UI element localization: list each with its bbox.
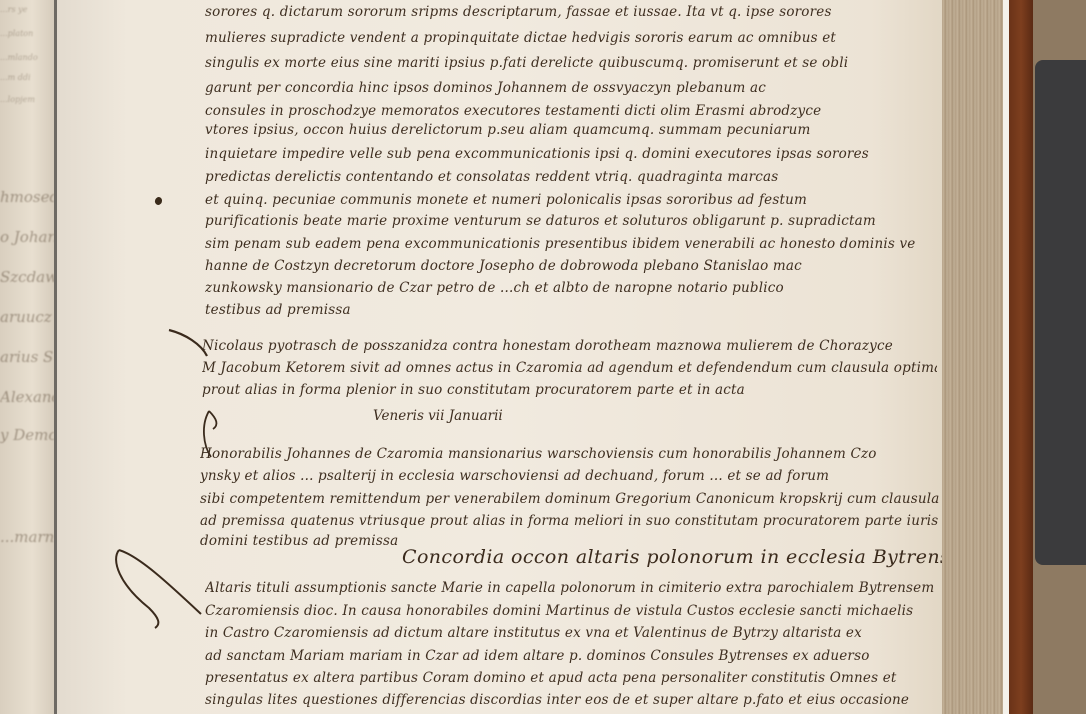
text-line: purificationis beate marie proxime ventu… xyxy=(205,213,935,229)
left-page-fragment: ...mlando xyxy=(0,52,54,63)
text-line: vtores ipsius, occon huius derelictorum … xyxy=(205,122,935,138)
text-line: garunt per concordia hinc ipsos dominos … xyxy=(205,80,935,96)
text-line: hanne de Costzyn decretorum doctore Jose… xyxy=(205,258,935,274)
text-line: Altaris tituli assumptionis sancte Marie… xyxy=(205,580,940,596)
left-page-fragment: ...rs ye xyxy=(0,4,54,15)
text-line: inquietare impedire velle sub pena excom… xyxy=(205,146,935,162)
text-line: mulieres supradicte vendent a propinquit… xyxy=(205,30,935,46)
large-initial-flourish xyxy=(109,544,219,634)
text-line: singulis ex morte eius sine mariti ipsiu… xyxy=(205,55,935,71)
left-page-fragment: ...platon xyxy=(0,28,54,39)
text-line: ad premissa quatenus vtriusque prout ali… xyxy=(200,513,940,529)
text-line: Nicolaus pyotrasch de posszanidza contra… xyxy=(202,338,937,354)
left-page-fragment: arius Sa xyxy=(0,346,54,368)
text-line: M Jacobum Ketorem sivit ad omnes actus i… xyxy=(202,360,937,376)
leather-binding xyxy=(1009,0,1033,714)
text-line: prout alias in forma plenior in suo cons… xyxy=(202,382,937,398)
text-line: in Castro Czaromiensis ad dictum altare … xyxy=(205,625,940,641)
text-line: sorores q. dictarum sororum sripms descr… xyxy=(205,4,935,20)
text-line: et quinq. pecuniae communis monete et nu… xyxy=(205,192,935,208)
left-facing-page: ...rs ye ...platon ...mlando ...m ddi ..… xyxy=(0,0,54,714)
text-line: ad sanctam Mariam mariam in Czar ad idem… xyxy=(205,648,940,664)
left-page-fragment: o Johane xyxy=(0,226,54,248)
left-page-fragment: y Demo xyxy=(0,424,54,446)
manuscript-page: sorores q. dictarum sororum sripms descr… xyxy=(57,0,942,714)
text-line: Honorabilis Johannes de Czaromia mansion… xyxy=(200,446,940,462)
text-line: zunkowsky mansionario de Czar petro de .… xyxy=(205,280,935,296)
entry-date: Veneris vii Januarii xyxy=(373,408,503,424)
text-line: predictas derelictis contentando et cons… xyxy=(205,169,935,185)
left-page-fragment: Szcdaw xyxy=(0,266,54,288)
left-page-fragment: ...lopjem xyxy=(0,94,54,105)
text-line: ynsky et alios ... psalterij in ecclesia… xyxy=(200,468,940,484)
text-line: consules in proschodzye memoratos execut… xyxy=(205,103,935,119)
section-heading: Concordia occon altaris polonorum in ecc… xyxy=(402,546,967,568)
left-page-fragment: ...marn xyxy=(0,526,54,548)
left-page-fragment: Alexandu xyxy=(0,386,54,408)
text-line: singulas lites questiones differencias d… xyxy=(205,692,940,708)
left-page-fragment: aruucz xyxy=(0,306,54,328)
text-line: Czaromiensis dioc. In causa honorabiles … xyxy=(205,603,940,619)
cloth-support xyxy=(1035,60,1086,565)
text-line: presentatus ex altera partibus Coram dom… xyxy=(205,670,940,686)
left-page-fragment: ...m ddi xyxy=(0,72,54,83)
text-line: sibi competentem remittendum per venerab… xyxy=(200,491,940,507)
text-line: sim penam sub eadem pena excommunication… xyxy=(205,236,935,252)
left-page-fragment: hmosedo xyxy=(0,186,54,208)
text-line: testibus ad premissa xyxy=(205,302,935,318)
ink-blot xyxy=(154,196,163,206)
page-fore-edge xyxy=(942,0,1008,714)
